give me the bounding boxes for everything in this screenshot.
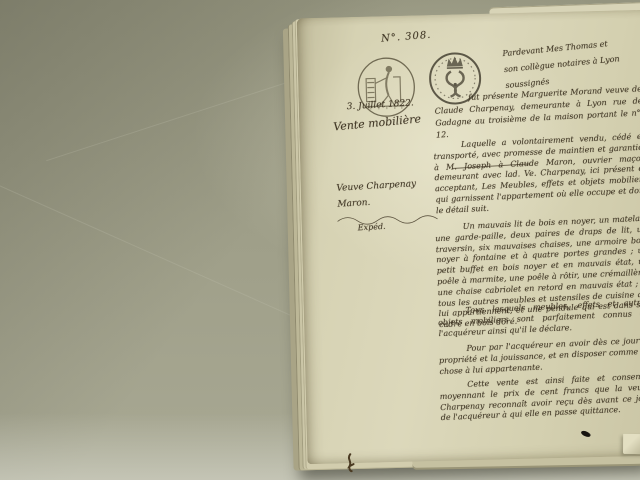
- margin-parties: Veuve Charpenay Maron.: [336, 176, 418, 213]
- page-corner-curl: [623, 434, 640, 454]
- body-paragraph: Laquelle a volontairement vendu, cédé et…: [433, 132, 640, 217]
- flourish-line: [335, 213, 439, 226]
- margin-act-title: Vente mobilière: [333, 112, 422, 133]
- document-stack: N°. 308.: [297, 10, 640, 464]
- doc-number: N°. 308.: [381, 30, 432, 45]
- paper-fastener-hook: [343, 453, 357, 473]
- table-scratch: [46, 80, 294, 161]
- photo-table-surface: N°. 308.: [0, 0, 640, 480]
- margin-note: Expéd.: [357, 222, 385, 233]
- table-scratch: [0, 183, 296, 318]
- body-paragraph: Cette vente est ainsi faite et consentie…: [439, 372, 640, 425]
- body-paragraph: Pour par l'acquéreur en avoir dès ce jou…: [438, 336, 640, 378]
- margin-party-line: Maron.: [337, 192, 418, 213]
- document-page: N°. 308.: [297, 10, 640, 464]
- ink-blot: [580, 429, 591, 438]
